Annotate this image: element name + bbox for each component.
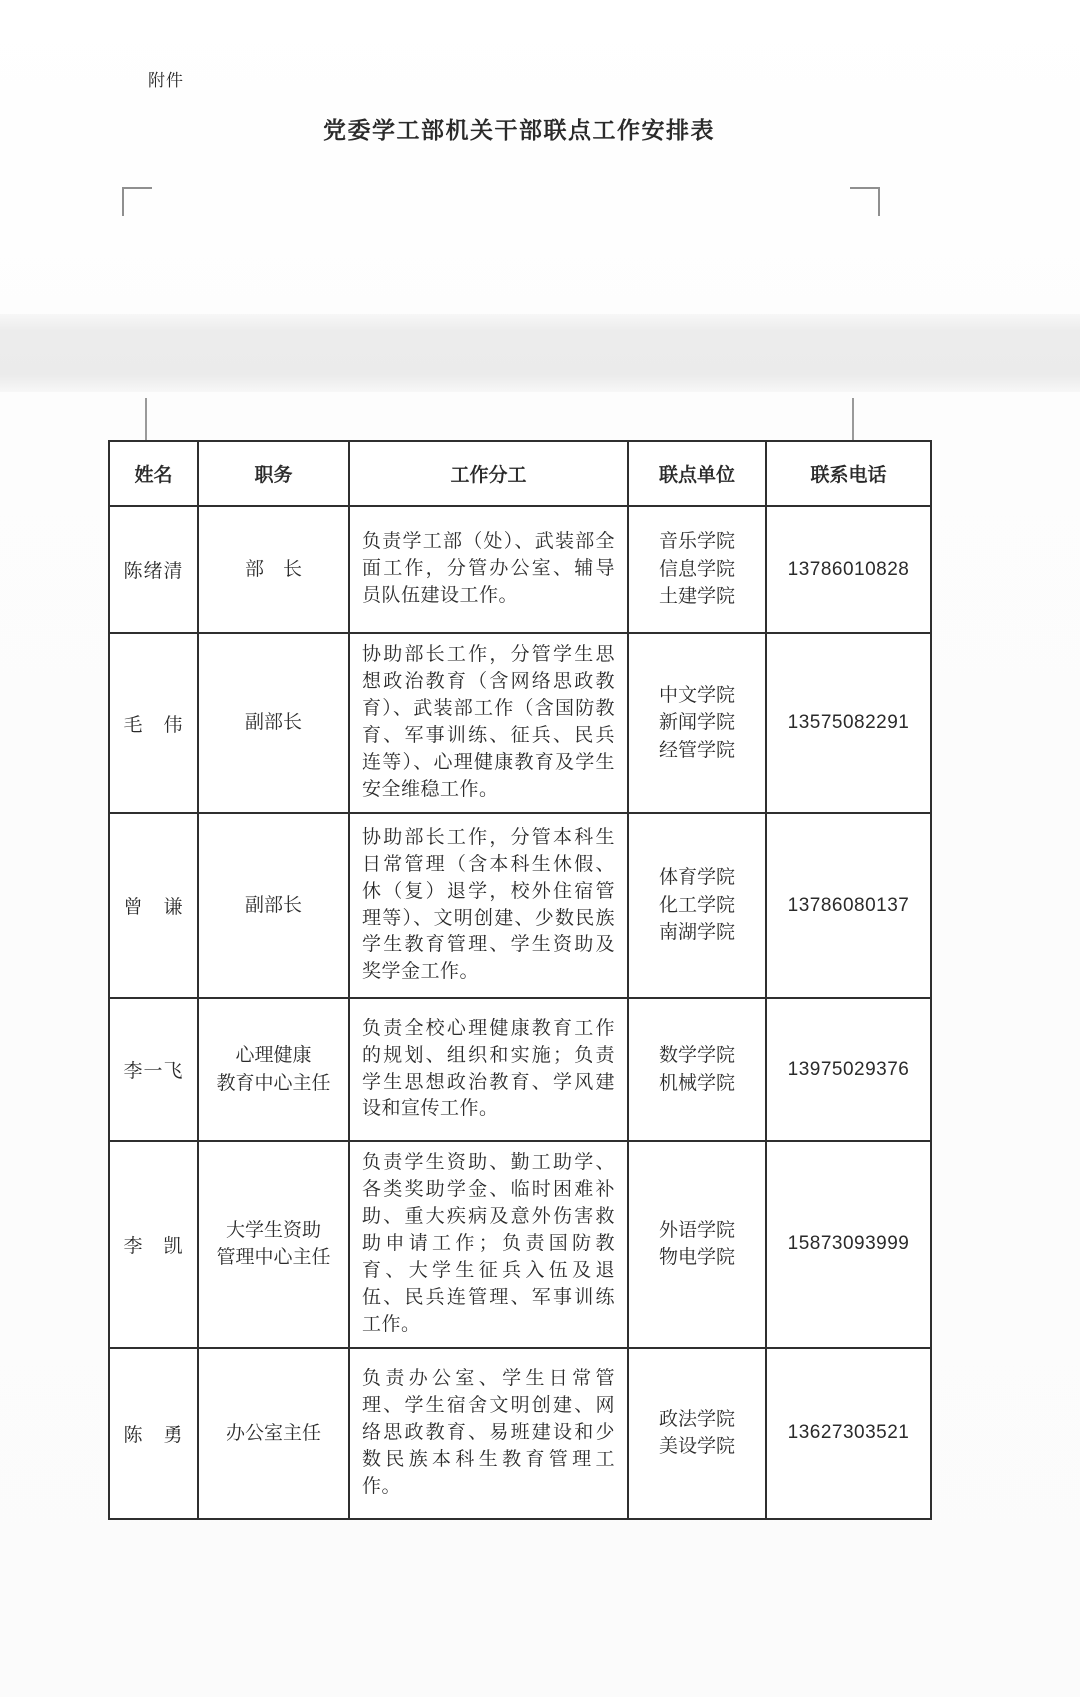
header-cell-position: 职务 bbox=[198, 441, 349, 506]
crop-mark-top-right bbox=[850, 187, 880, 216]
duties-cell: 负责办公室、学生日常管理、学生宿舍文明创建、网络思政教育、易班建设和少数民族本科… bbox=[349, 1348, 628, 1519]
name-cell: 曾 谦 bbox=[109, 813, 198, 998]
phone-cell: 13575082291 bbox=[766, 633, 931, 813]
phone-cell: 13786010828 bbox=[766, 506, 931, 633]
crop-mark-top-left bbox=[122, 187, 152, 216]
header-cell-phone: 联系电话 bbox=[766, 441, 931, 506]
duties-cell: 负责全校心理健康教育工作的规划、组织和实施；负责学生思想政治教育、学风建设和宣传… bbox=[349, 998, 628, 1141]
units-cell: 体育学院 化工学院 南湖学院 bbox=[628, 813, 766, 998]
position-cell: 办公室主任 bbox=[198, 1348, 349, 1519]
name-cell: 李一飞 bbox=[109, 998, 198, 1141]
table-header-row: 姓名 职务 工作分工 联点单位 联系电话 bbox=[109, 441, 931, 506]
position-cell: 心理健康 教育中心主任 bbox=[198, 998, 349, 1141]
position-cell: 部 长 bbox=[198, 506, 349, 633]
phone-cell: 13975029376 bbox=[766, 998, 931, 1141]
header-cell-duties: 工作分工 bbox=[349, 441, 628, 506]
table-row: 李 凯 大学生资助 管理中心主任 负责学生资助、勤工助学、各类奖助学金、临时困难… bbox=[109, 1141, 931, 1348]
table-row: 李一飞 心理健康 教育中心主任 负责全校心理健康教育工作的规划、组织和实施；负责… bbox=[109, 998, 931, 1141]
attachment-label: 附件 bbox=[148, 66, 184, 91]
name-cell: 毛 伟 bbox=[109, 633, 198, 813]
units-cell: 外语学院 物电学院 bbox=[628, 1141, 766, 1348]
registration-mark-left bbox=[145, 398, 147, 440]
duties-cell: 协助部长工作，分管本科生日常管理（含本科生休假、休（复）退学，校外住宿管理等）、… bbox=[349, 813, 628, 998]
phone-cell: 15873093999 bbox=[766, 1141, 931, 1348]
duties-cell: 协助部长工作，分管学生思想政治教育（含网络思政教育）、武装部工作（含国防教育、军… bbox=[349, 633, 628, 813]
phone-cell: 13627303521 bbox=[766, 1348, 931, 1519]
phone-cell: 13786080137 bbox=[766, 813, 931, 998]
table-row: 陈 勇 办公室主任 负责办公室、学生日常管理、学生宿舍文明创建、网络思政教育、易… bbox=[109, 1348, 931, 1519]
header-cell-name: 姓名 bbox=[109, 441, 198, 506]
duties-cell: 负责学生资助、勤工助学、各类奖助学金、临时困难补助、重大疾病及意外伤害救助申请工… bbox=[349, 1141, 628, 1348]
work-arrangement-table: 姓名 职务 工作分工 联点单位 联系电话 陈绪清 部 长 负责学工部（处）、武装… bbox=[108, 440, 932, 1520]
photo-gray-band bbox=[0, 314, 1080, 392]
units-cell: 音乐学院 信息学院 土建学院 bbox=[628, 506, 766, 633]
position-cell: 大学生资助 管理中心主任 bbox=[198, 1141, 349, 1348]
table-row: 毛 伟 副部长 协助部长工作，分管学生思想政治教育（含网络思政教育）、武装部工作… bbox=[109, 633, 931, 813]
position-cell: 副部长 bbox=[198, 813, 349, 998]
units-cell: 中文学院 新闻学院 经管学院 bbox=[628, 633, 766, 813]
registration-mark-right bbox=[852, 398, 854, 440]
duties-cell: 负责学工部（处）、武装部全面工作，分管办公室、辅导员队伍建设工作。 bbox=[349, 506, 628, 633]
name-cell: 李 凯 bbox=[109, 1141, 198, 1348]
page-title: 党委学工部机关干部联点工作安排表 bbox=[108, 112, 930, 145]
name-cell: 陈 勇 bbox=[109, 1348, 198, 1519]
units-cell: 数学学院 机械学院 bbox=[628, 998, 766, 1141]
table-row: 曾 谦 副部长 协助部长工作，分管本科生日常管理（含本科生休假、休（复）退学，校… bbox=[109, 813, 931, 998]
position-cell: 副部长 bbox=[198, 633, 349, 813]
units-cell: 政法学院 美设学院 bbox=[628, 1348, 766, 1519]
name-cell: 陈绪清 bbox=[109, 506, 198, 633]
header-cell-units: 联点单位 bbox=[628, 441, 766, 506]
table-row: 陈绪清 部 长 负责学工部（处）、武装部全面工作，分管办公室、辅导员队伍建设工作… bbox=[109, 506, 931, 633]
